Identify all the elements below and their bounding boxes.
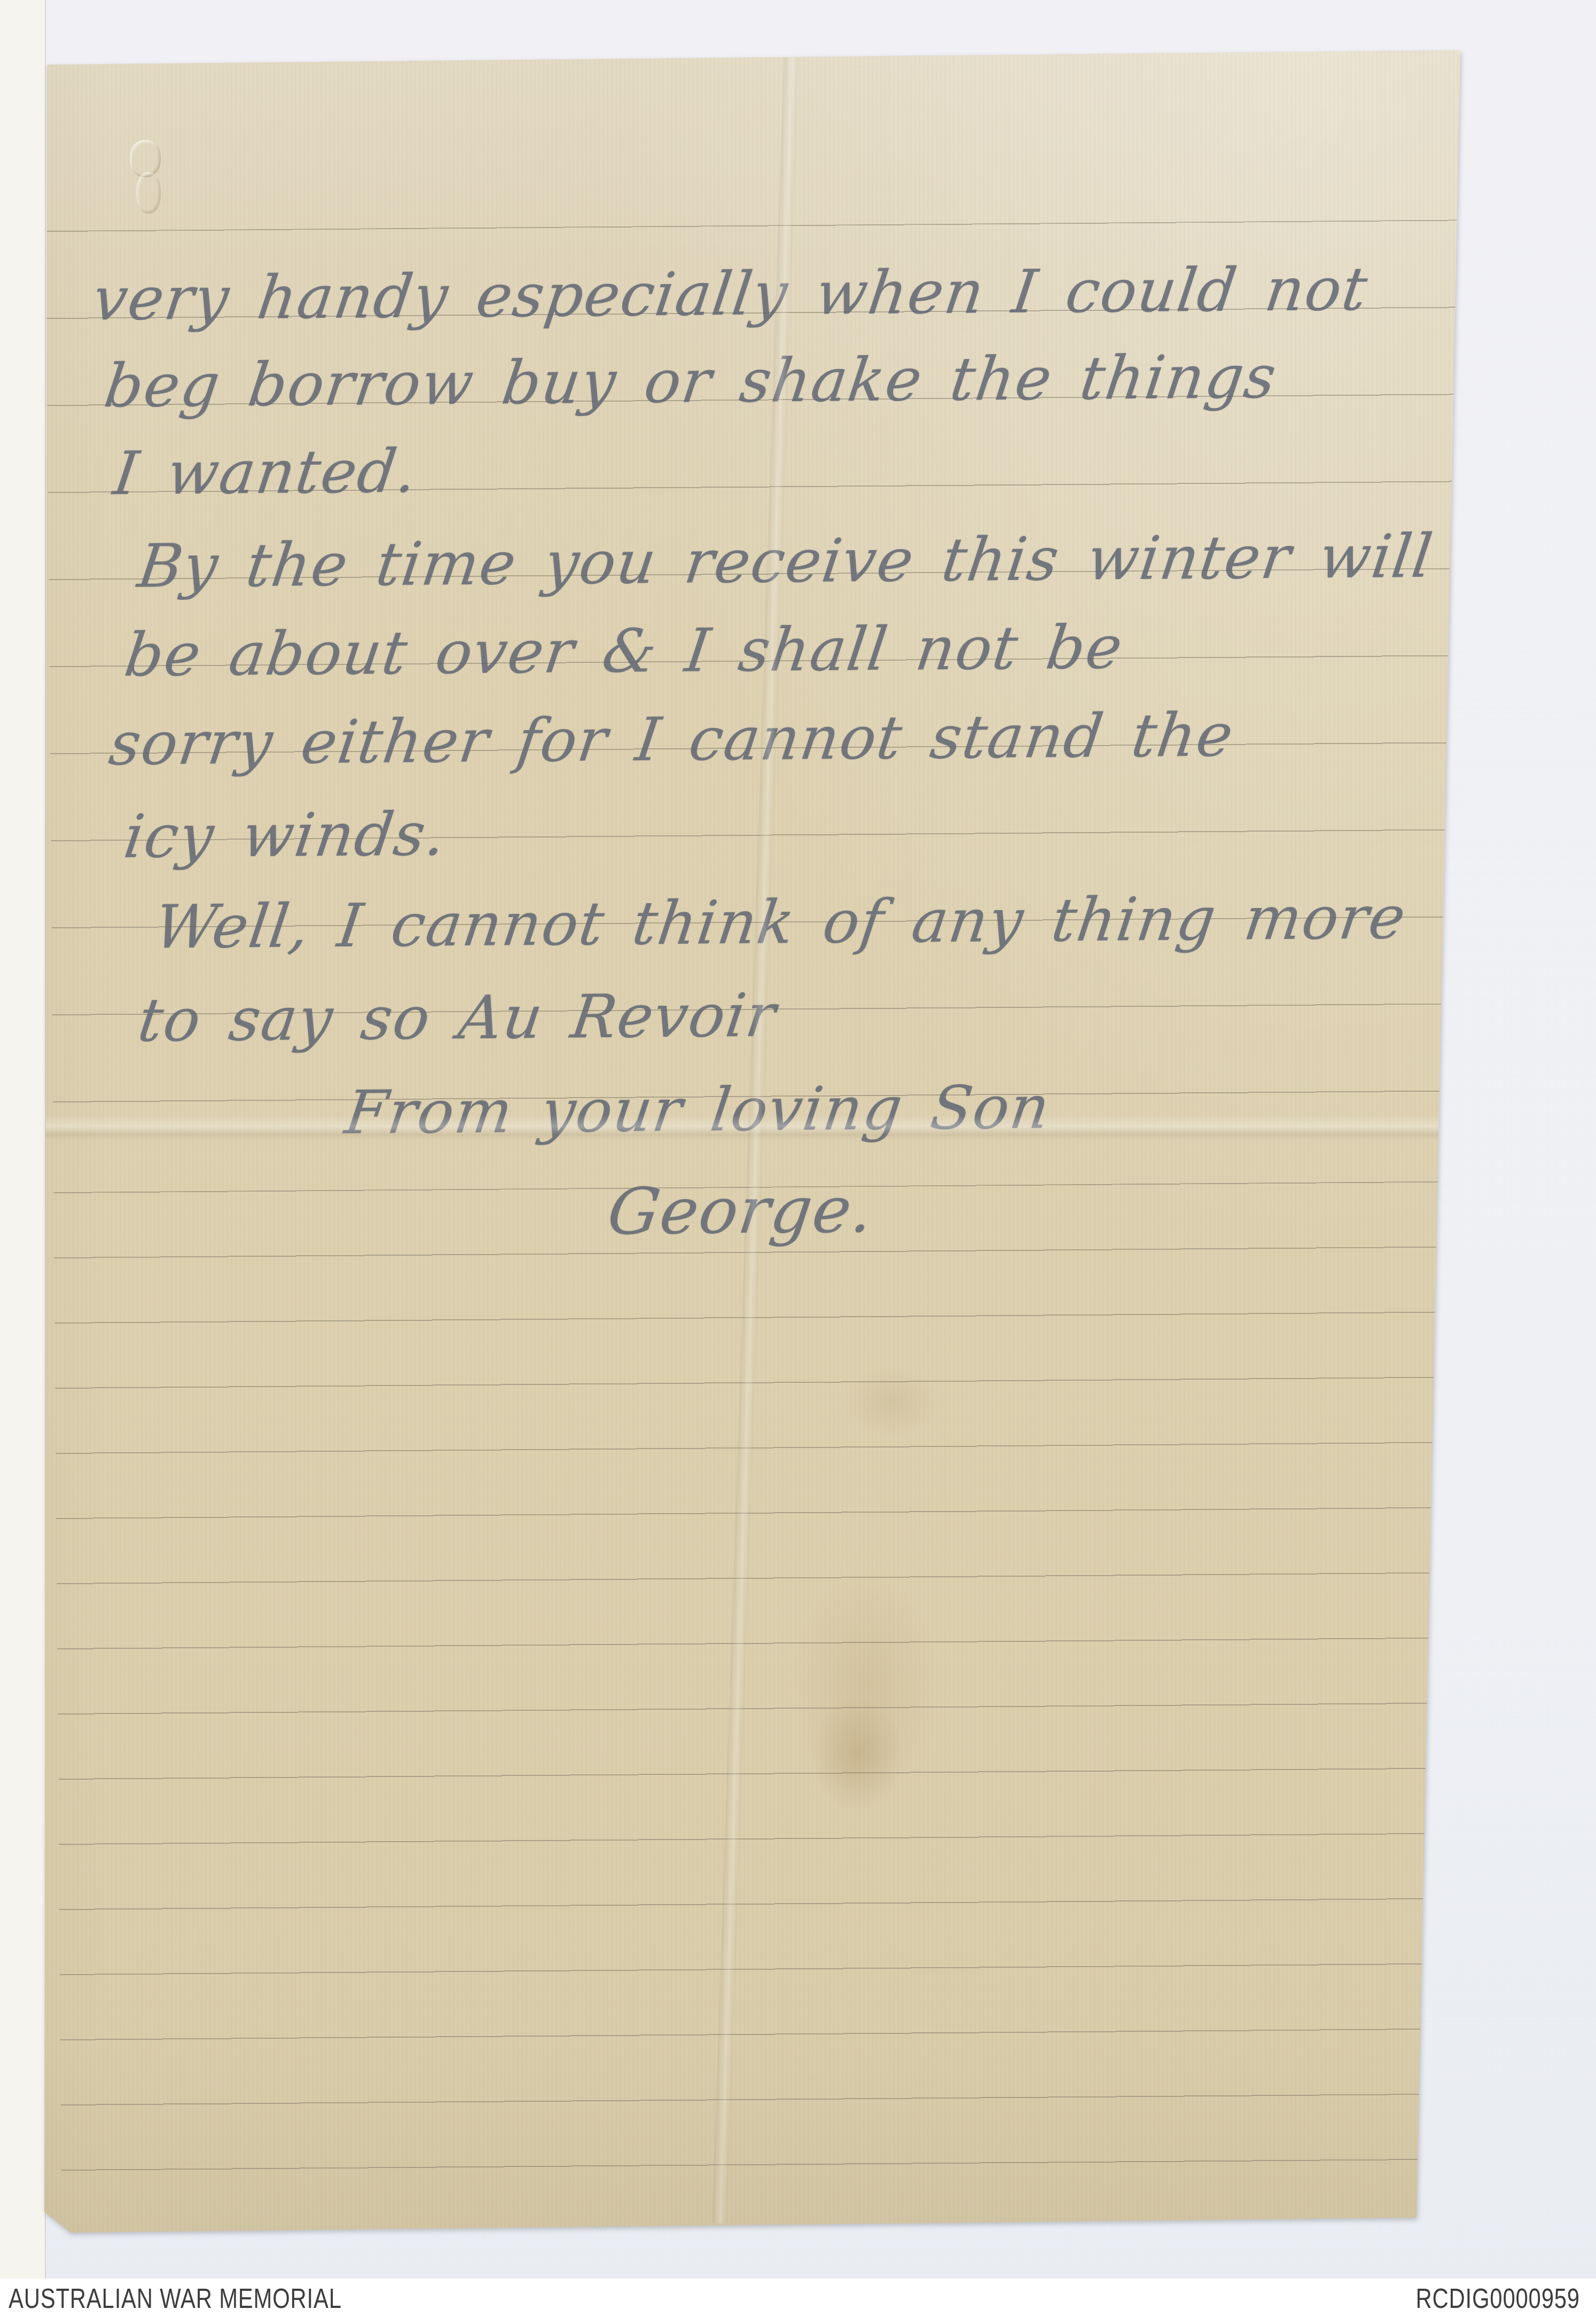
handwritten-signature: George.: [604, 1178, 878, 1244]
letter-sheet: very handy especially when I could not b…: [0, 0, 1596, 2317]
handwritten-line: beg borrow buy or shake the things: [101, 347, 1280, 416]
handwritten-line: Well, I cannot think of any thing more: [151, 888, 1410, 958]
footer-archive-name: AUSTRALIAN WAR MEMORIAL: [9, 2279, 342, 2317]
handwritten-line: I wanted.: [110, 442, 421, 504]
paper-stain: [844, 1367, 940, 1437]
handwritten-line: icy winds.: [121, 804, 450, 867]
handwritten-line: be about over & I shall not be: [121, 617, 1126, 685]
paper-content: very handy especially when I could not b…: [0, 0, 1596, 2317]
paper-stain: [812, 1698, 903, 1811]
embossed-paper-mark: [136, 172, 161, 214]
footer: AUSTRALIAN WAR MEMORIAL RCDIG0000959: [0, 2279, 1596, 2317]
handwritten-line: very handy especially when I could not: [90, 260, 1372, 330]
handwritten-line: sorry either for I cannot stand the: [106, 706, 1237, 774]
ruled-lines-lower: [53, 1181, 1477, 2223]
handwritten-line: to say so Au Revoir: [135, 985, 780, 1050]
handwritten-line: By the time you receive this winter will: [135, 527, 1437, 597]
letter-sheet-wrapper: very handy especially when I could not b…: [0, 0, 1596, 2317]
footer-reference-id: RCDIG0000959: [1416, 2279, 1580, 2317]
letter-scan-page: very handy especially when I could not b…: [0, 0, 1596, 2317]
